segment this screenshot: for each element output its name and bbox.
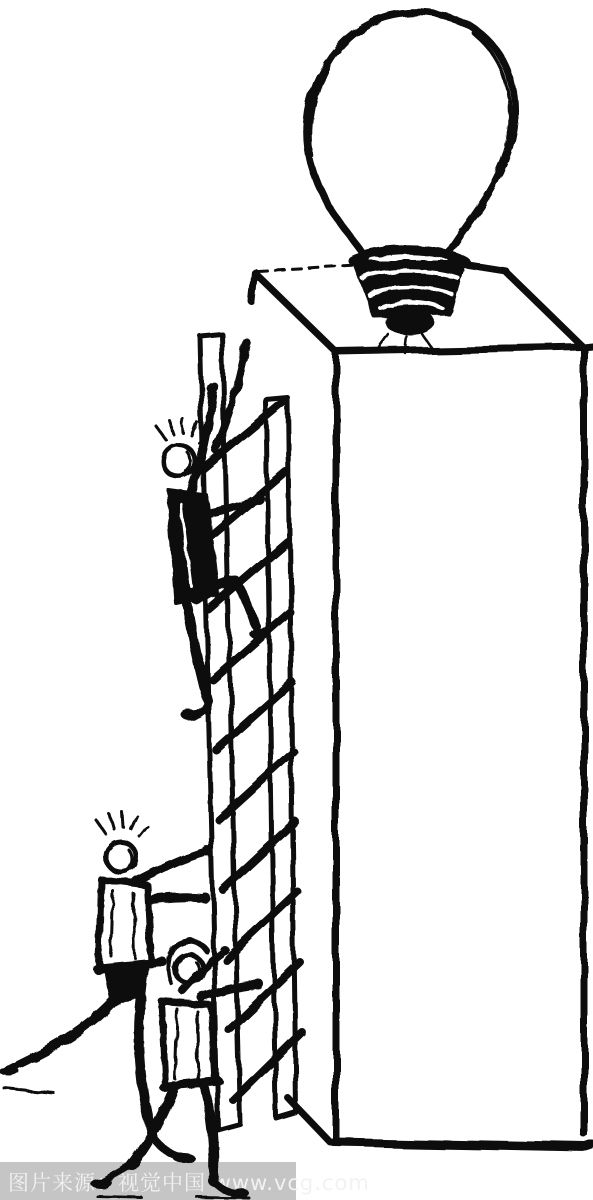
pillar-box-sketch bbox=[252, 264, 592, 1147]
illustration-canvas: 图片来源：视觉中国 www.vcg.com bbox=[0, 0, 593, 1200]
bottom-climber-left-foot-shadow bbox=[97, 1196, 141, 1197]
box-overdraw-strokes bbox=[335, 400, 587, 1010]
light-bulb-sketch bbox=[306, 13, 515, 352]
watermark-text: 图片来源：视觉中国 www.vcg.com bbox=[8, 1171, 370, 1195]
top-climber-hand-up bbox=[207, 382, 219, 394]
bottom-climber-hood bbox=[171, 941, 207, 953]
bulb-base-tip bbox=[385, 309, 435, 335]
sketch-svg: 图片来源：视觉中国 www.vcg.com bbox=[0, 0, 593, 1200]
top-climber-shin bbox=[235, 581, 255, 625]
helper-back-foot bbox=[0, 1067, 20, 1077]
helper-hand-upper bbox=[202, 846, 213, 857]
helper-back-leg bbox=[34, 1000, 114, 1057]
helper-hair bbox=[97, 812, 147, 836]
watermark: 图片来源：视觉中国 www.vcg.com bbox=[0, 1162, 370, 1200]
helper-arm-upper bbox=[137, 852, 204, 881]
ladder-foot-stroke bbox=[288, 1098, 330, 1142]
bottom-climber-right-foot-shadow bbox=[197, 1197, 249, 1198]
helper-vest bbox=[99, 879, 151, 967]
helper-front-foot bbox=[173, 1153, 195, 1163]
box-vertical-edges bbox=[336, 347, 584, 1141]
top-climber-foot-on-rung bbox=[249, 627, 267, 639]
box-bottom-edge bbox=[334, 1142, 592, 1147]
bottom-climber-hood-side bbox=[169, 953, 172, 984]
figure-middle-helper bbox=[0, 812, 213, 1163]
bottom-climber-left-foot bbox=[90, 1178, 112, 1188]
top-climber-hand-side bbox=[253, 493, 265, 505]
box-top-back-edge-dashed bbox=[258, 265, 355, 271]
bottom-climber-hand-rung bbox=[220, 946, 230, 956]
helper-front-leg bbox=[139, 1000, 153, 1137]
ladder-sketch bbox=[200, 334, 330, 1142]
helper-hand-lower bbox=[200, 893, 211, 904]
bottom-climber-vest bbox=[161, 1001, 215, 1087]
top-climber-foot-down bbox=[181, 710, 197, 720]
helper-back-foot-shadow bbox=[4, 1088, 54, 1093]
bottom-climber-hand-rail bbox=[253, 979, 264, 990]
helper-back-ankle bbox=[10, 1057, 34, 1069]
